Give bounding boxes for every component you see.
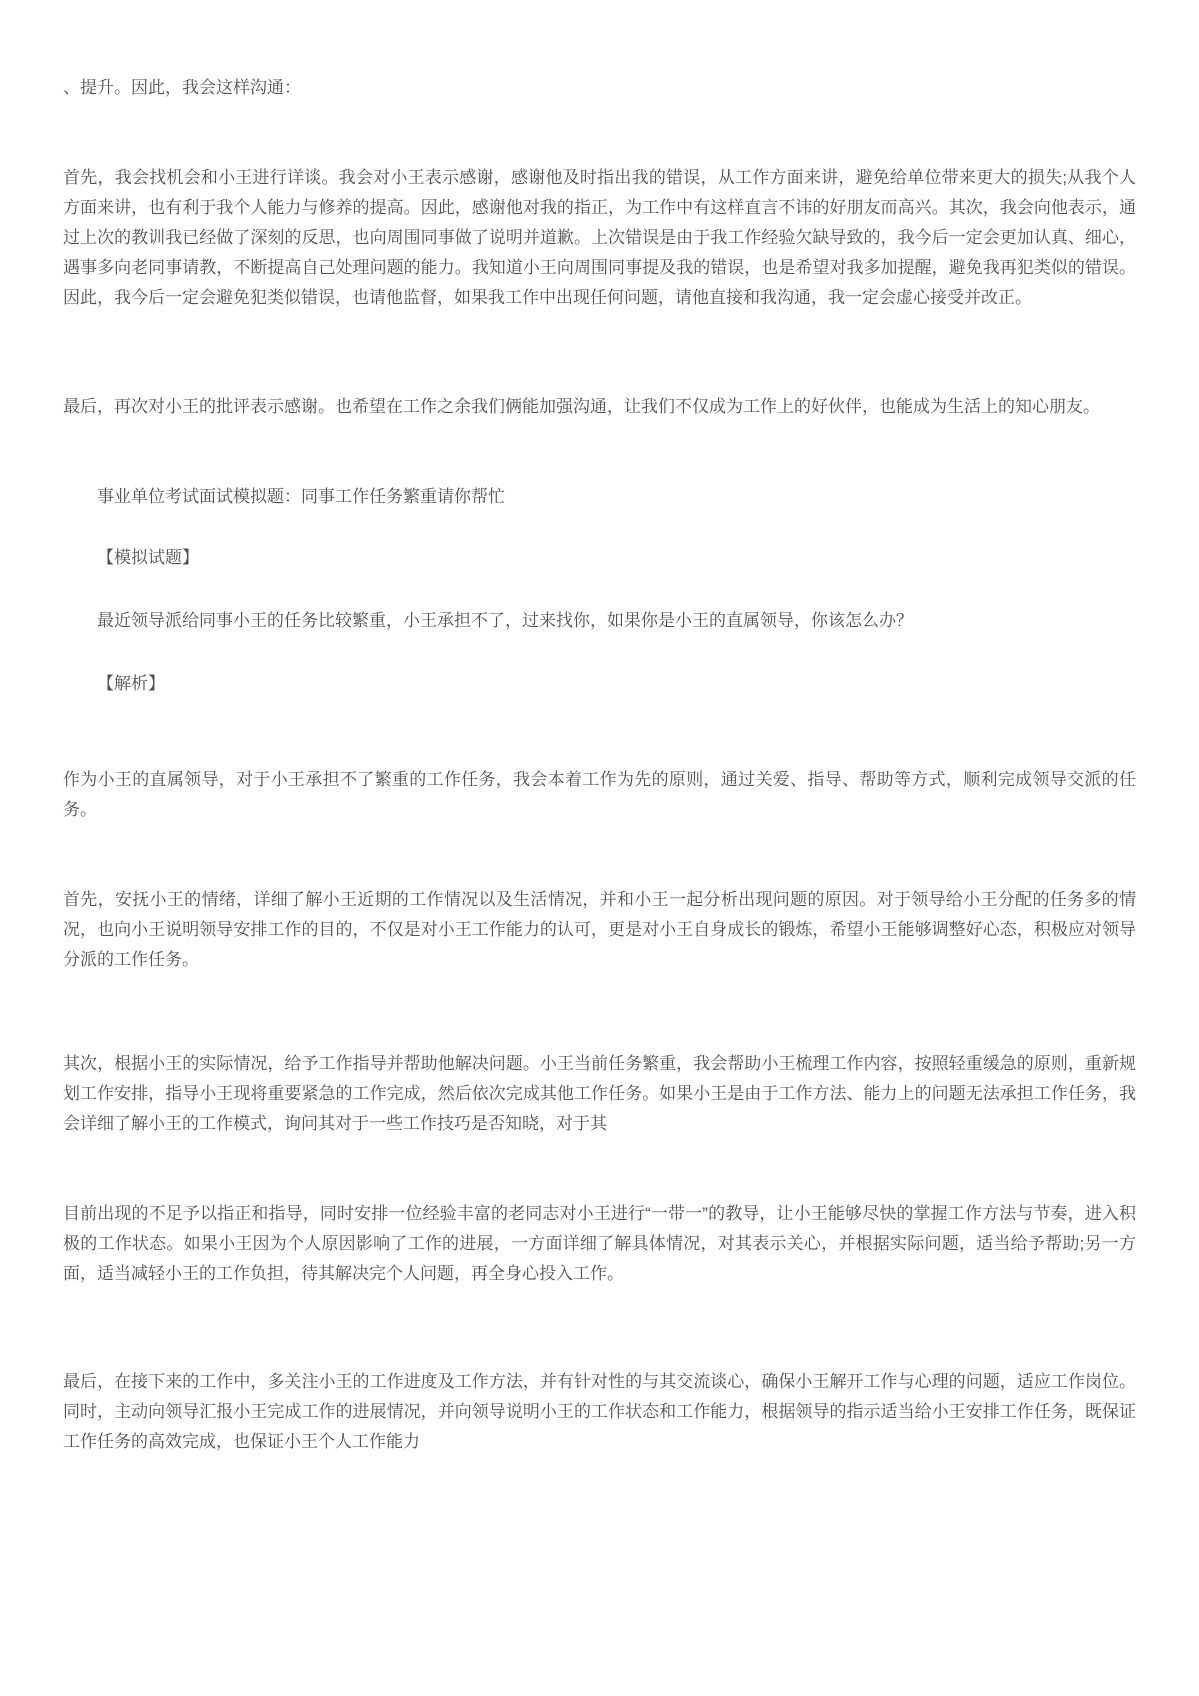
paragraph-step-two-continued: 目前出现的不足予以指正和指导，同时安排一位经验丰富的老同志对小王进行“一带一”的… xyxy=(63,1199,1136,1289)
paragraph-analysis-intro: 作为小王的直属领导，对于小王承担不了繁重的工作任务，我会本着工作为先的原则，通过… xyxy=(63,765,1136,825)
paragraph-question: 最近领导派给同事小王的任务比较繁重，小王承担不了，过来找你，如果你是小王的直属领… xyxy=(63,606,1136,636)
label-mock-question: 【模拟试题】 xyxy=(63,543,1136,573)
paragraph-first-talk: 首先，我会找机会和小王进行详谈。我会对小王表示感谢，感谢他及时指出我的错误，从工… xyxy=(63,163,1136,313)
paragraph-step-two: 其次，根据小王的实际情况，给予工作指导并帮助他解决问题。小王当前任务繁重，我会帮… xyxy=(63,1049,1136,1139)
section-title: 事业单位考试面试模拟题：同事工作任务繁重请你帮忙 xyxy=(63,482,1136,512)
document-page: 、提升。因此，我会这样沟通： 首先，我会找机会和小王进行详谈。我会对小王表示感谢… xyxy=(0,0,1199,1696)
paragraph-step-final: 最后，在接下来的工作中，多关注小王的工作进度及工作方法，并有针对性的与其交流谈心… xyxy=(63,1367,1136,1457)
paragraph-communication-intro: 、提升。因此，我会这样沟通： xyxy=(63,73,1136,103)
label-analysis: 【解析】 xyxy=(63,669,1136,699)
paragraph-final-thanks: 最后，再次对小王的批评表示感谢。也希望在工作之余我们俩能加强沟通，让我们不仅成为… xyxy=(63,392,1136,422)
paragraph-step-one: 首先，安抚小王的情绪，详细了解小王近期的工作情况以及生活情况，并和小王一起分析出… xyxy=(63,885,1136,975)
